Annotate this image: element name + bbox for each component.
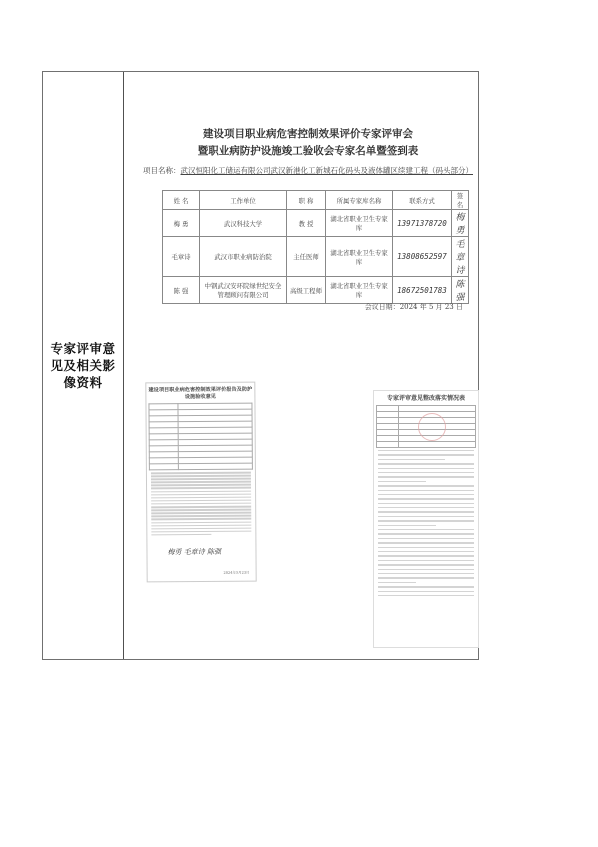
meeting-date-value: 2024 年 5 月 23 日: [400, 303, 463, 311]
signin-title-line1: 建设项目职业病危害控制效果评价专家评审会: [143, 126, 473, 141]
col-unit: 工作单位: [200, 191, 287, 210]
opinion-body-text: [151, 472, 251, 536]
table-row: 陈 强 中钢武汉安环院绿世纪安全管理顾问有限公司 高级工程师 湖北省职业卫生专家…: [163, 277, 469, 304]
section-label: 专家评审意见及相关影像资料: [43, 340, 123, 391]
expert-pool: 湖北省职业卫生专家库: [326, 277, 393, 304]
expert-table-header: 姓 名 工作单位 职 称 所属专家库名称 联系方式 签 名: [163, 191, 469, 210]
expert-phone: 18672501783: [393, 277, 452, 304]
project-name-line: 项目名称：武汉恒阳化工储运有限公司武汉新港化工新城石化码头及液体罐区续建工程（码…: [143, 165, 473, 176]
meeting-date-label: 会议日期：: [365, 303, 400, 311]
opinion-title: 建设项目职业病危害控制效果评价报告及防护设施验收意见: [146, 386, 254, 401]
expert-name: 毛章诗: [163, 237, 200, 277]
expert-name: 陈 强: [163, 277, 200, 304]
rectification-title: 专家评审意见整改落实情况表: [374, 393, 478, 402]
expert-unit: 武汉市职业病防治院: [200, 237, 287, 277]
project-label: 项目名称：: [143, 166, 181, 175]
expert-phone: 13971378720: [393, 210, 452, 237]
signin-sheet-scan: 建设项目职业病危害控制效果评价专家评审会 暨职业病防护设施竣工验收会专家名单暨签…: [143, 112, 473, 372]
project-name: 武汉恒阳化工储运有限公司武汉新港化工新城石化码头及液体罐区续建工程（码头部分）: [181, 166, 474, 175]
rectification-scan-image: 专家评审意见整改落实情况表: [373, 390, 479, 648]
column-divider: [123, 72, 124, 659]
opinion-signatures: 梅勇 毛章诗 陈强: [167, 547, 221, 557]
table-row: 毛章诗 武汉市职业病防治院 主任医师 湖北省职业卫生专家库 1380865259…: [163, 237, 469, 277]
table-row: 梅 勇 武汉科技大学 教 授 湖北省职业卫生专家库 13971378720 梅勇: [163, 210, 469, 237]
opinion-info-table: [149, 403, 253, 471]
col-signature: 签 名: [452, 191, 469, 210]
expert-unit: 中钢武汉安环院绿世纪安全管理顾问有限公司: [200, 277, 287, 304]
expert-signature: 毛章诗: [452, 237, 469, 277]
expert-title: 高级工程师: [287, 277, 326, 304]
expert-signature: 陈强: [452, 277, 469, 304]
opinion-date: 2024年5月23日: [224, 571, 250, 576]
signin-title-line2: 暨职业病防护设施竣工验收会专家名单暨签到表: [143, 143, 473, 158]
meeting-date: 会议日期：2024 年 5 月 23 日: [365, 302, 463, 312]
red-seal-stamp: [418, 413, 446, 441]
expert-pool: 湖北省职业卫生专家库: [326, 210, 393, 237]
form-table: 专家评审意见及相关影像资料 建设项目职业病危害控制效果评价专家评审会 暨职业病防…: [42, 71, 479, 660]
col-name: 姓 名: [163, 191, 200, 210]
expert-signature: 梅勇: [452, 210, 469, 237]
expert-title: 教 授: [287, 210, 326, 237]
expert-phone: 13808652597: [393, 237, 452, 277]
rectification-body-text: [378, 450, 474, 596]
opinion-scan-image: 建设项目职业病危害控制效果评价报告及防护设施验收意见 梅勇 毛章诗 陈强 202…: [145, 382, 256, 583]
col-phone: 联系方式: [393, 191, 452, 210]
expert-pool: 湖北省职业卫生专家库: [326, 237, 393, 277]
expert-unit: 武汉科技大学: [200, 210, 287, 237]
col-pool: 所属专家库名称: [326, 191, 393, 210]
col-title: 职 称: [287, 191, 326, 210]
expert-name: 梅 勇: [163, 210, 200, 237]
expert-title: 主任医师: [287, 237, 326, 277]
expert-table: 姓 名 工作单位 职 称 所属专家库名称 联系方式 签 名 梅 勇 武汉科技大学…: [162, 190, 469, 304]
